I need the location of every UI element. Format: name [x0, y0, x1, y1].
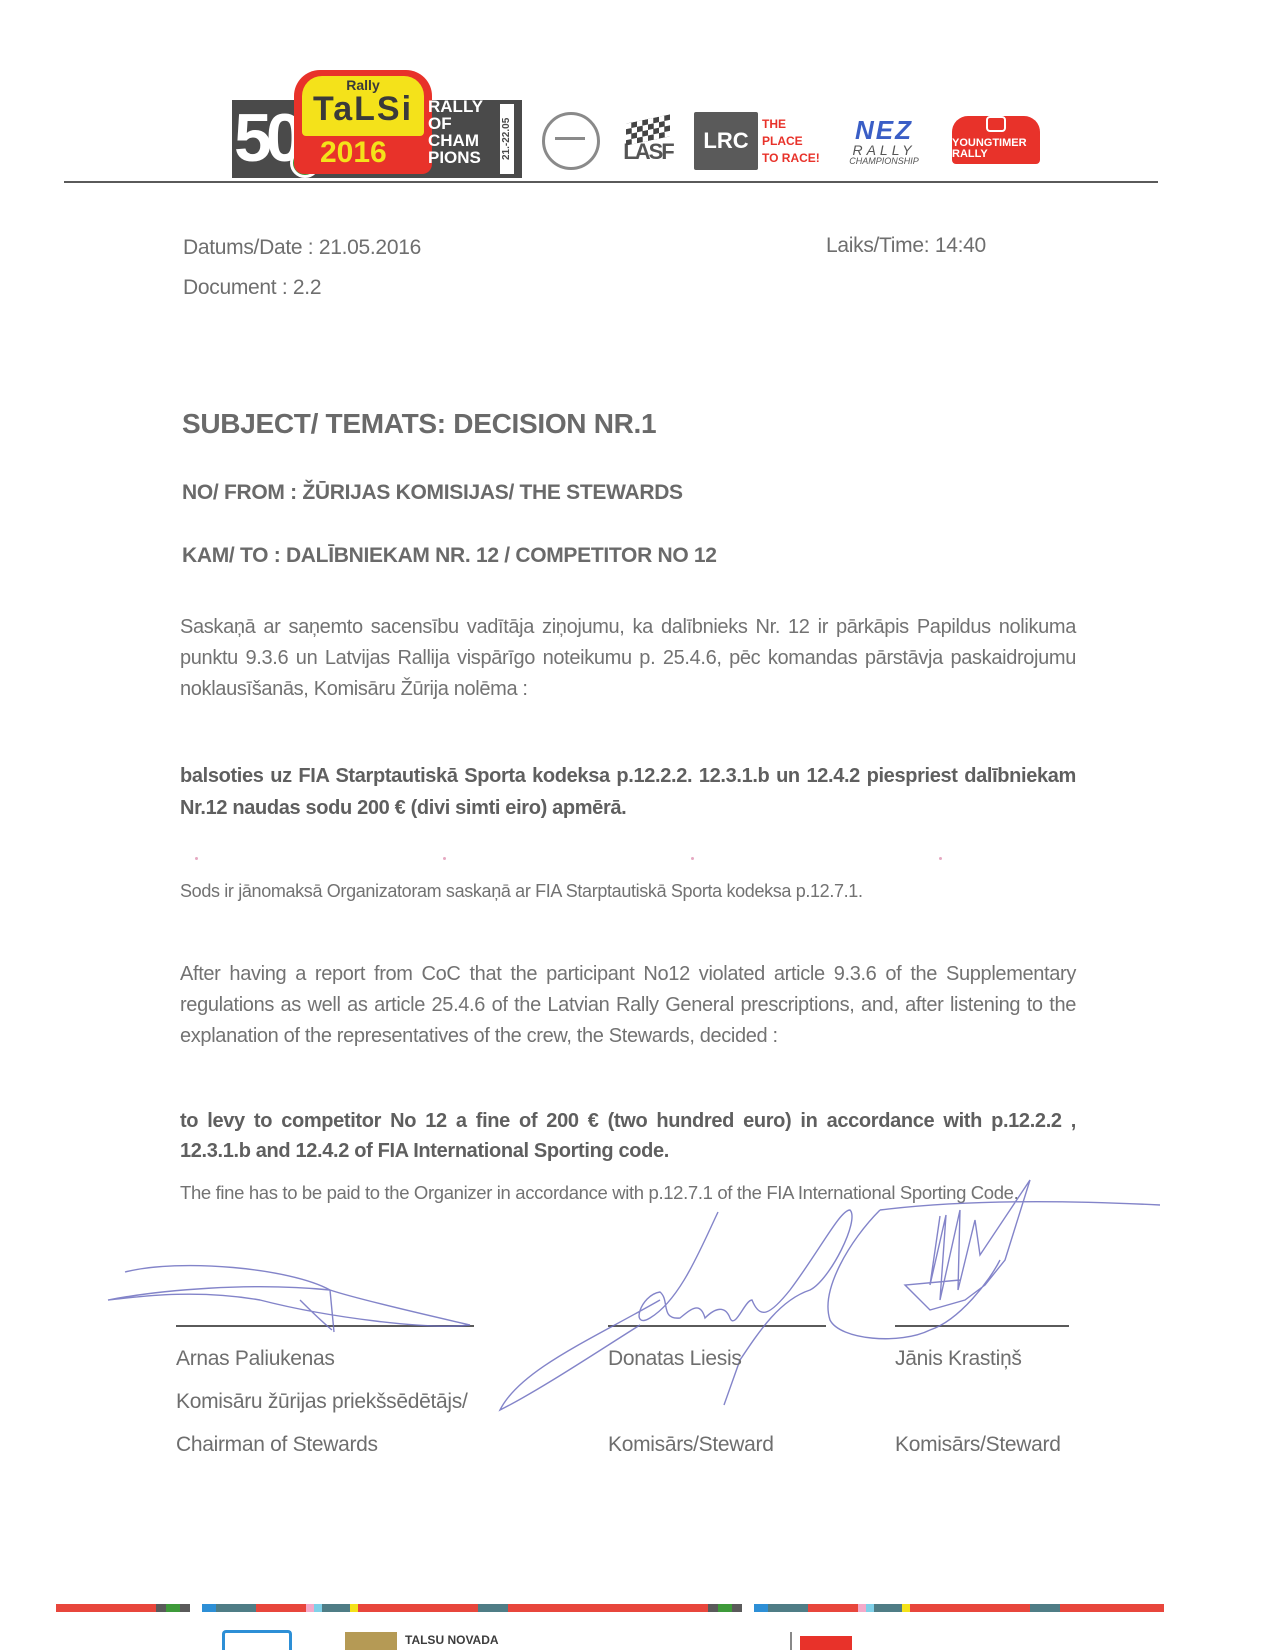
- lasf-logo: LASF: [622, 112, 674, 170]
- youngtimer-rally-logo: YOUNGTIMER RALLY: [952, 116, 1040, 164]
- scan-speck: [691, 857, 694, 860]
- signature-steward-1: [500, 1210, 852, 1410]
- footer-strip-segment: [508, 1604, 568, 1612]
- footer-strip-segment: [742, 1604, 754, 1612]
- header-divider: [64, 181, 1158, 183]
- footer-strip-segment: [608, 1604, 678, 1612]
- talsu-novada-emblem-icon: [345, 1632, 397, 1650]
- footer-strip-segment: [568, 1604, 608, 1612]
- signatory-name-chairman: Arnas Paliukenas: [176, 1347, 335, 1371]
- footer-logo-a: [222, 1630, 292, 1650]
- place-to-race-line: TO RACE!: [762, 150, 820, 167]
- footer-strip-segment: [322, 1604, 350, 1612]
- footer-strip-segment: [350, 1604, 358, 1612]
- signatory-name-steward-1: Donatas Liesis: [608, 1347, 742, 1371]
- nez-rally-logo: NEZ RALLY CHAMPIONSHIP: [844, 112, 924, 170]
- subject-heading: SUBJECT/ TEMATS: DECISION NR.1: [182, 410, 656, 438]
- place-to-race-line: THE PLACE: [762, 116, 822, 150]
- footer-strip-segment: [768, 1604, 808, 1612]
- signature-chairman: [108, 1266, 470, 1332]
- footer-strip-segment: [678, 1604, 708, 1612]
- latvian-decision-paragraph: balsoties uz FIA Starptautiskā Sporta ko…: [180, 760, 1076, 824]
- footer-strip-segment: [718, 1604, 732, 1612]
- scan-speck: [939, 857, 942, 860]
- footer-strip-segment: [858, 1604, 866, 1612]
- latvian-payment-paragraph: Sods ir jānomaksā Organizatoram saskaņā …: [180, 876, 1076, 907]
- footer-strip-segment: [1160, 1604, 1164, 1612]
- tagline-line: OF: [428, 115, 498, 132]
- signatory-name-steward-2: Jānis Krastiņš: [895, 1347, 1022, 1371]
- footer-strip-segment: [306, 1604, 314, 1612]
- footer-strip-segment: [808, 1604, 858, 1612]
- signatory-role-steward-1: Komisārs/Steward: [608, 1433, 774, 1457]
- tagline-line: PIONS: [428, 149, 498, 166]
- lamf-emblem-icon: [542, 112, 600, 170]
- footer-strip-segment: [156, 1604, 166, 1612]
- from-heading: NO/ FROM : ŽŪRIJAS KOMISIJAS/ THE STEWAR…: [182, 482, 683, 503]
- logo-dates: 21.-22.05: [500, 104, 514, 174]
- logo-year: 2016: [320, 138, 387, 168]
- document-date: Datums/Date : 21.05.2016: [183, 236, 421, 260]
- signatory-role-steward-2: Komisārs/Steward: [895, 1433, 1061, 1457]
- signature-line-steward-2: [895, 1325, 1069, 1327]
- footer-strip-segment: [910, 1604, 1030, 1612]
- footer-divider: [790, 1632, 792, 1650]
- footer-strip-segment: [180, 1604, 190, 1612]
- footer-sponsor-logo: [800, 1636, 852, 1650]
- footer-strip-segment: [1060, 1604, 1120, 1612]
- footer-strip-segment: [1030, 1604, 1060, 1612]
- footer-color-strip: [56, 1604, 1164, 1612]
- footer-strip-segment: [358, 1604, 478, 1612]
- footer-strip-segment: [314, 1604, 322, 1612]
- youngtimer-text: YOUNGTIMER RALLY: [952, 138, 1040, 160]
- footer-strip-segment: [708, 1604, 718, 1612]
- footer-strip-segment: [1120, 1604, 1160, 1612]
- english-intro-paragraph: After having a report from CoC that the …: [180, 959, 1076, 1052]
- footer-strip-segment: [902, 1604, 910, 1612]
- rally-talsi-logo: 50 Rally TaLSi 2016 RALLY OF CHAM PIONS …: [232, 70, 522, 178]
- scan-speck: [443, 857, 446, 860]
- lamf-logo: [540, 112, 602, 170]
- scan-speck: [195, 857, 198, 860]
- lrc-logo: LRC: [694, 112, 758, 170]
- nez-tag: CHAMPIONSHIP: [849, 157, 919, 166]
- tagline-line: CHAM: [428, 132, 498, 149]
- signature-line-chairman: [176, 1325, 474, 1327]
- logo-talsi-word: TaLSi: [302, 92, 424, 126]
- footer-strip-segment: [732, 1604, 742, 1612]
- latvian-intro-paragraph: Saskaņā ar saņemto sacensību vadītāja zi…: [180, 612, 1076, 705]
- tagline-line: RALLY: [428, 98, 498, 115]
- anniversary-number: 50: [234, 104, 298, 172]
- signatory-role-chairman-en: Chairman of Stewards: [176, 1433, 378, 1457]
- footer-strip-segment: [256, 1604, 306, 1612]
- english-decision-paragraph: to levy to competitor No 12 a fine of 20…: [180, 1106, 1076, 1166]
- footer-strip-segment: [166, 1604, 180, 1612]
- footer-strip-segment: [126, 1604, 156, 1612]
- place-to-race-logo: THE PLACE TO RACE!: [762, 112, 822, 170]
- to-heading: KAM/ TO : DALĪBNIEKAM NR. 12 / COMPETITO…: [182, 545, 717, 566]
- footer-strip-segment: [190, 1604, 202, 1612]
- english-payment-paragraph: The fine has to be paid to the Organizer…: [180, 1177, 1076, 1208]
- document-time: Laiks/Time: 14:40: [826, 234, 986, 258]
- footer-strip-segment: [56, 1604, 126, 1612]
- signatory-role-chairman-lv: Komisāru žūrijas priekšsēdētājs/: [176, 1390, 468, 1414]
- nez-subtitle: RALLY: [852, 143, 915, 157]
- footer-strip-segment: [202, 1604, 216, 1612]
- footer-strip-segment: [754, 1604, 768, 1612]
- talsu-novada-text: TALSU NOVADA: [405, 1634, 499, 1646]
- footer-strip-segment: [216, 1604, 256, 1612]
- logo-tagline: RALLY OF CHAM PIONS: [428, 98, 498, 166]
- footer-strip-segment: [478, 1604, 508, 1612]
- document-number: Document : 2.2: [183, 276, 321, 300]
- nez-title: NEZ: [855, 117, 913, 143]
- footer-strip-segment: [866, 1604, 874, 1612]
- signature-line-steward-1: [608, 1325, 826, 1327]
- car-icon: [986, 116, 1006, 132]
- footer-strip-segment: [874, 1604, 902, 1612]
